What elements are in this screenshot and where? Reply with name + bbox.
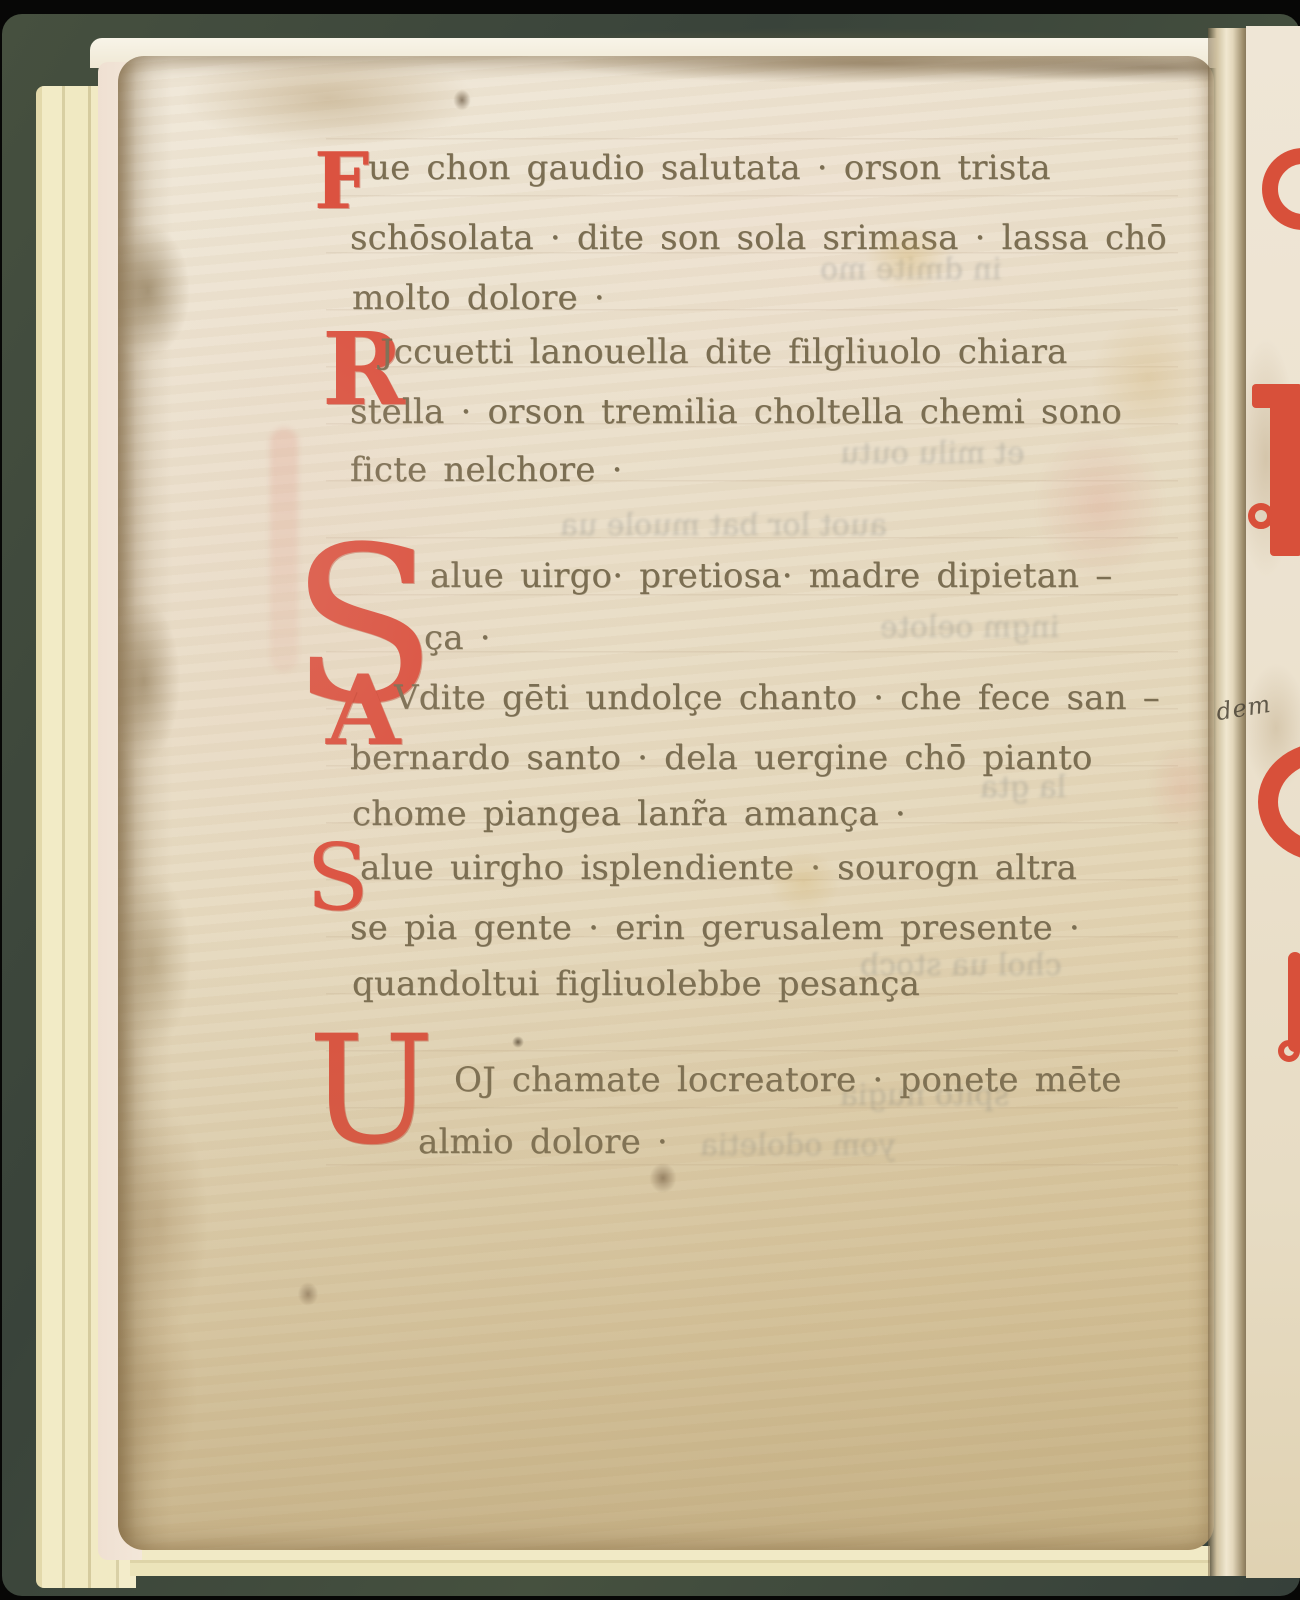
facing-page-edge: [1246, 26, 1300, 1578]
show-through-text: yom odoletia: [700, 1128, 895, 1163]
text-line: OJ chamate locreatore · ponete mēte: [454, 1060, 1122, 1100]
text-line: Jccuetti lanouella dite filgliuolo chiar…: [380, 332, 1068, 372]
recto-partial-initial-icon: [1270, 384, 1300, 556]
text-line: quandoltui figliuolebbe pesança: [352, 964, 920, 1004]
text-line: chome piangea lanr̃a amança ·: [352, 794, 906, 834]
text-line: ue chon gaudio salutata · orson trista: [368, 148, 1051, 188]
text-line: schōsolata · dite son sola srimasa · las…: [350, 218, 1167, 258]
text-line: alue uirgo· pretiosa· madre dipietan –: [430, 556, 1112, 596]
show-through-text: auot lor bat muole ua: [560, 508, 887, 543]
manuscript-photo: in dmite mo et milu outu auot lor bat mu…: [0, 0, 1300, 1600]
text-line: ça ·: [424, 618, 491, 658]
text-line: stella · orson tremilia choltella chemi …: [350, 392, 1122, 432]
recto-partial-initial-icon: [1278, 1040, 1300, 1062]
show-through-text: ingm oelote: [880, 610, 1059, 645]
recto-partial-initial-icon: [1262, 148, 1300, 230]
illuminated-initial-u-large: U: [308, 1030, 434, 1153]
text-line: bernardo santo · dela uergine chō pianto: [350, 738, 1093, 778]
text-line: ficte nelchore ·: [350, 450, 623, 490]
text-line: almio dolore ·: [418, 1122, 668, 1162]
page-edges-bottom: [130, 1546, 1210, 1576]
text-line: alue uirgho isplendiente · sourogn altra: [360, 848, 1077, 888]
recto-partial-initial-icon: [1288, 952, 1300, 1052]
illuminated-initial-f: F: [314, 150, 369, 214]
show-through-text: et milu outu: [840, 436, 1025, 471]
show-through-initial: [1148, 740, 1214, 835]
recto-partial-initial-icon: [1248, 503, 1274, 529]
text-line: se pia gente · erin gerusalem presente ·: [350, 908, 1080, 948]
recto-partial-initial-icon: [1258, 742, 1300, 862]
manuscript-page-verso: in dmite mo et milu outu auot lor bat mu…: [118, 56, 1214, 1550]
text-line: Vdite gēti undolçe chanto · che fece san…: [394, 678, 1160, 718]
book-gutter: [1208, 28, 1248, 1576]
